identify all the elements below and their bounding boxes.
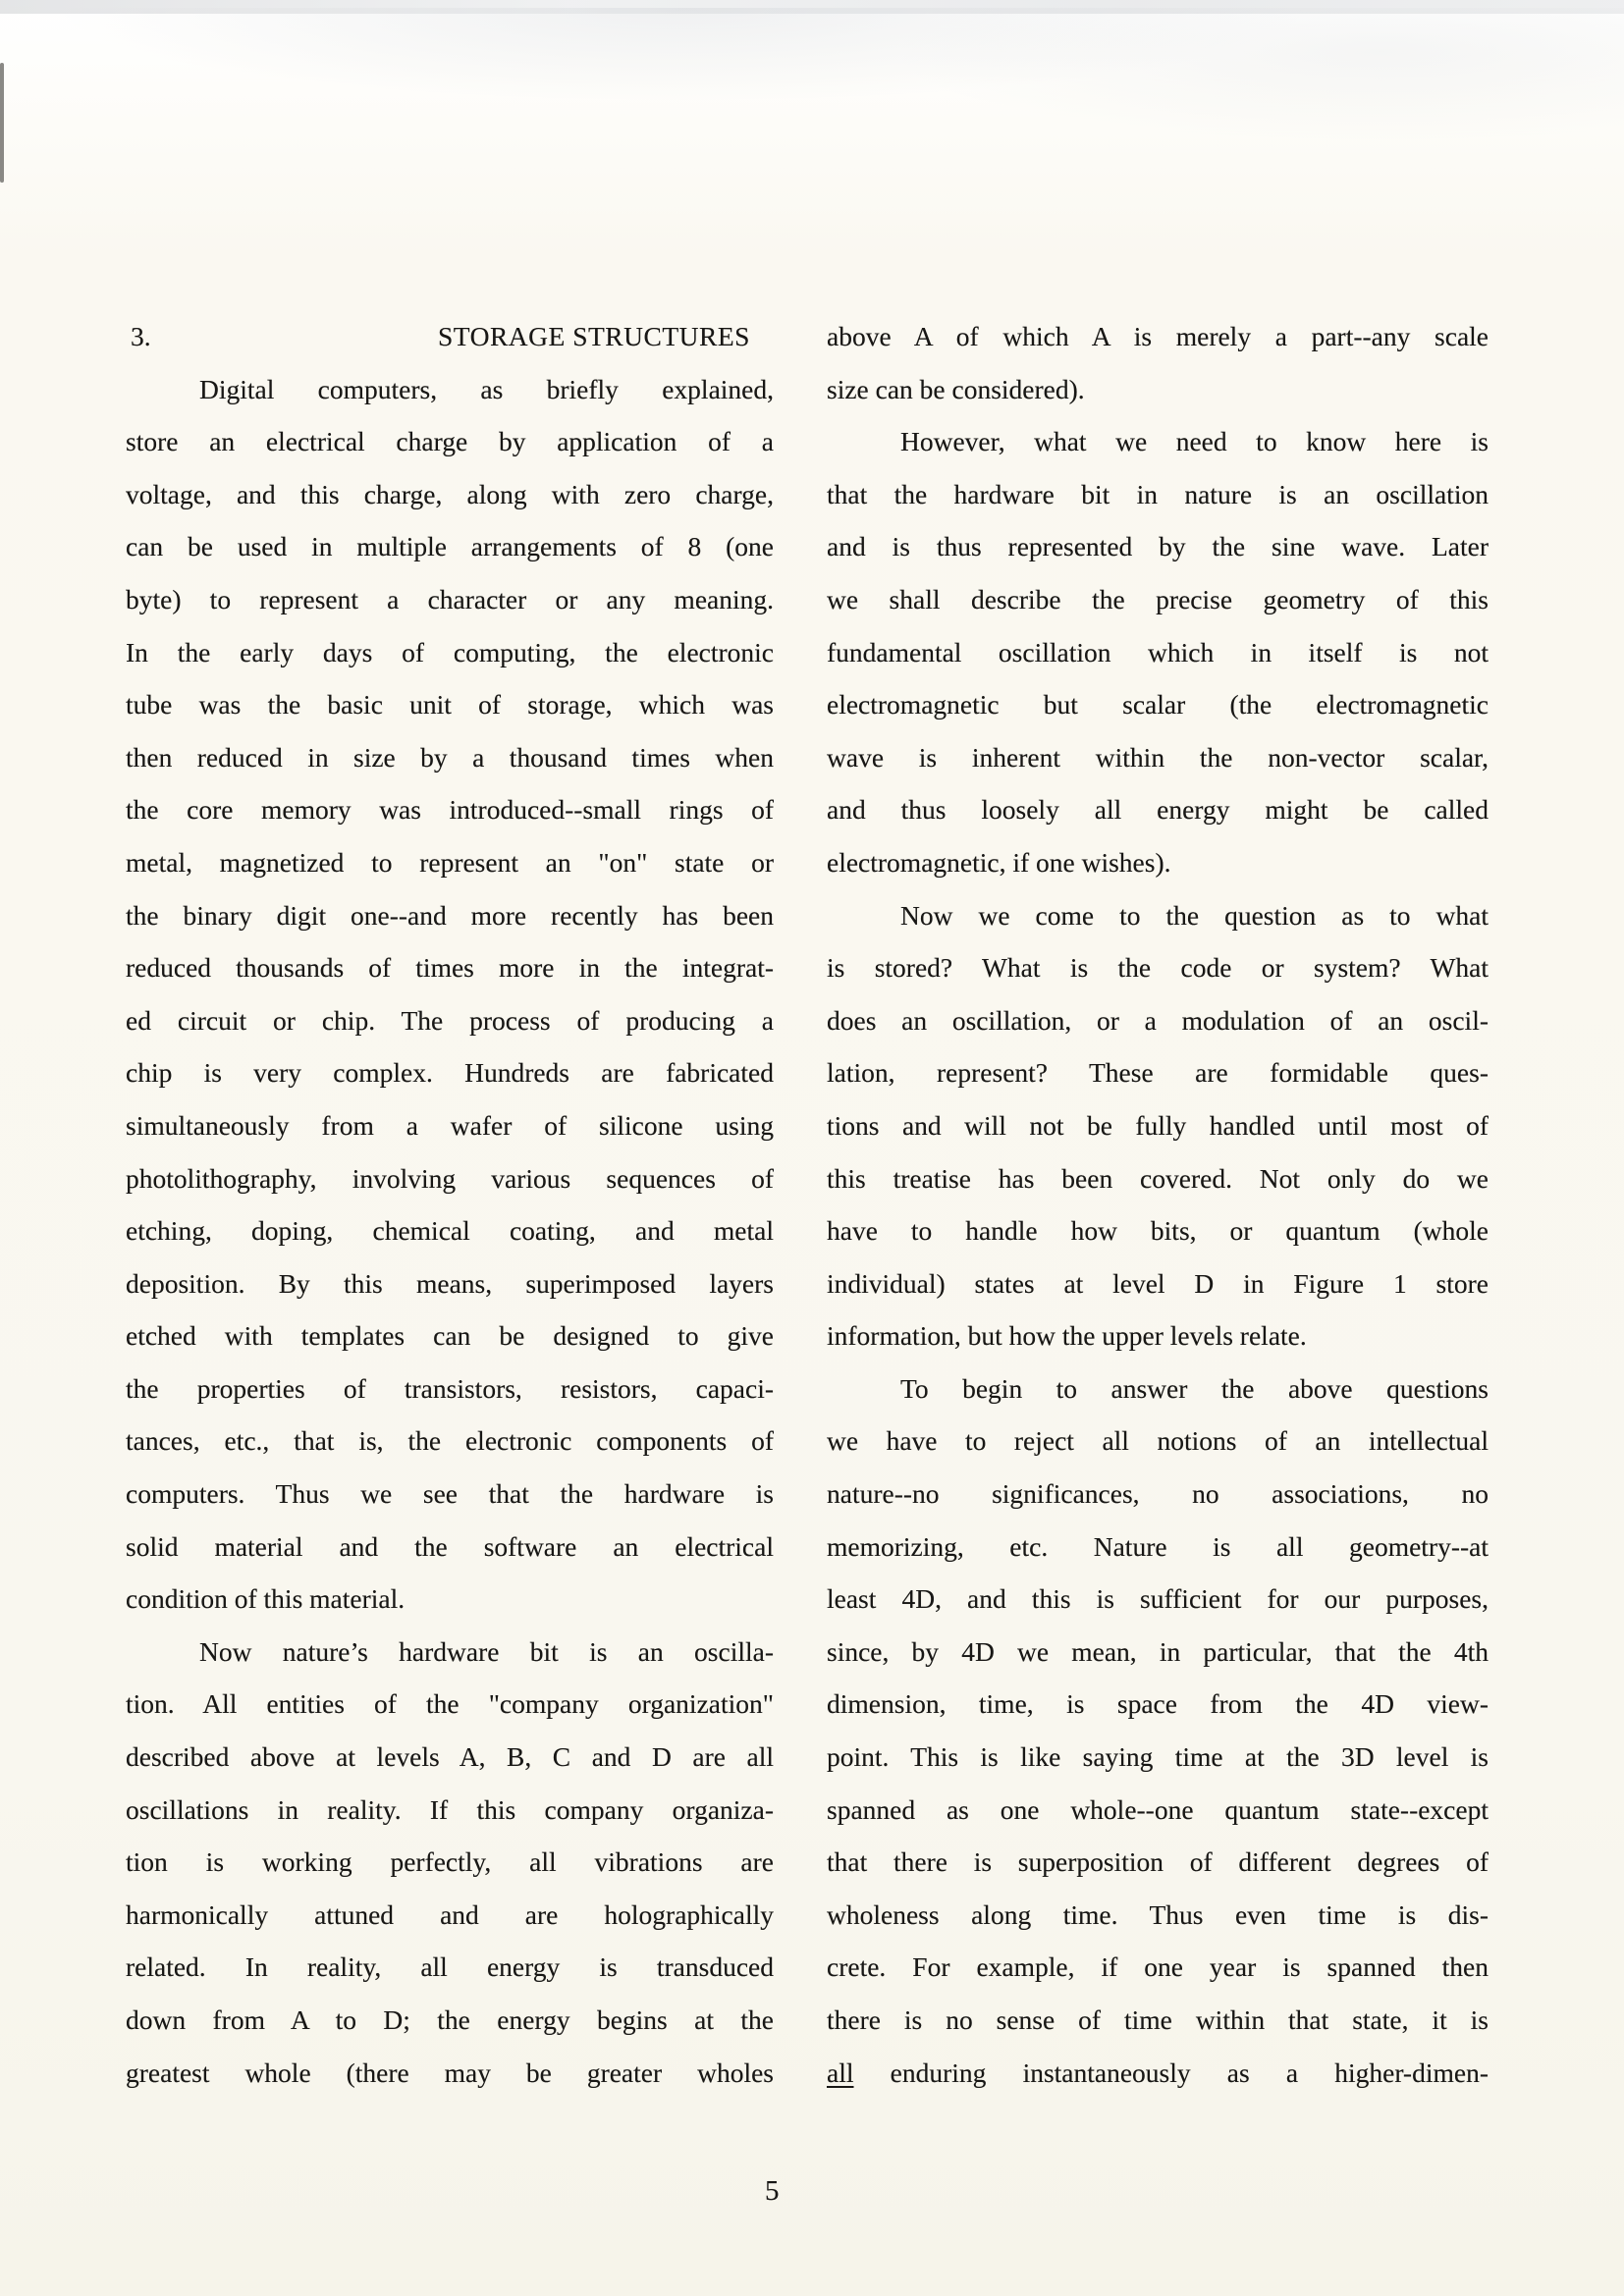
text-line: does an oscillation, or a modulation of … [827,994,1489,1047]
text-line: point. This is like saying time at the 3… [827,1731,1489,1784]
section-title: STORAGE STRUCTURES [438,310,750,363]
text-line: least 4D, and this is sufficient for our… [827,1573,1489,1626]
scanned-page: 3. STORAGE STRUCTURES Digital computers,… [0,0,1624,2296]
text-line: dimension, time, is space from the 4D vi… [827,1678,1489,1731]
text-line: lation, represent? These are formidable … [827,1046,1489,1099]
text-line: harmonically attuned and are holographic… [126,1889,774,1942]
text-line: fundamental oscillation which in itself … [827,626,1489,679]
text-line: information, but how the upper levels re… [827,1309,1489,1362]
text-line: ed circuit or chip. The process of produ… [126,994,774,1047]
text-line: wholeness along time. Thus even time is … [827,1889,1489,1942]
text-line: voltage, and this charge, along with zer… [126,468,774,521]
text-line: the properties of transistors, resistors… [126,1362,774,1415]
scan-edge-artifact [0,63,4,183]
text-line: However, what we need to know here is [827,415,1489,468]
text-line: down from A to D; the energy begins at t… [126,1994,774,2047]
text-line: above A of which A is merely a part--any… [827,310,1489,363]
text-line: the core memory was introduced--small ri… [126,783,774,836]
text-line: byte) to represent a character or any me… [126,573,774,626]
text-line: store an electrical charge by applicatio… [126,415,774,468]
text-line: wave is inherent within the non-vector s… [827,731,1489,784]
text-line: memorizing, etc. Nature is all geometry-… [827,1521,1489,1574]
text-line: oscillations in reality. If this company… [126,1784,774,1837]
text-line: then reduced in size by a thousand times… [126,731,774,784]
text-columns: 3. STORAGE STRUCTURES Digital computers,… [126,310,1489,2099]
text-line: greatest whole (there may be greater who… [126,2047,774,2100]
text-line: solid material and the software an elect… [126,1521,774,1574]
underlined-word: all [827,2057,854,2088]
text-line: there is no sense of time within that st… [827,1994,1489,2047]
scan-shadow-wave [0,8,1624,155]
text-line: simultaneously from a wafer of silicone … [126,1099,774,1152]
text-line: is stored? What is the code or system? W… [827,941,1489,994]
text-line: individual) states at level D in Figure … [827,1257,1489,1310]
text-line: that there is superposition of different… [827,1836,1489,1889]
text-line: that the hardware bit in nature is an os… [827,468,1489,521]
text-line: we shall describe the precise geometry o… [827,573,1489,626]
right-column: above A of which A is merely a part--any… [827,310,1489,2099]
text-line: have to handle how bits, or quantum (who… [827,1204,1489,1257]
section-heading: 3. STORAGE STRUCTURES [126,310,774,363]
text-line: tions and will not be fully handled unti… [827,1099,1489,1152]
text-line: Now nature’s hardware bit is an oscilla- [126,1626,774,1679]
text-line: and is thus represented by the sine wave… [827,520,1489,573]
left-column: 3. STORAGE STRUCTURES Digital computers,… [126,310,774,2099]
text-line: tances, etc., that is, the electronic co… [126,1415,774,1468]
text-line: nature--no significances, no association… [827,1468,1489,1521]
text-line: metal, magnetized to represent an "on" s… [126,836,774,889]
text-line: tube was the basic unit of storage, whic… [126,678,774,731]
text-line: condition of this material. [126,1573,774,1626]
section-number: 3. [131,310,151,363]
text-line: etching, doping, chemical coating, and m… [126,1204,774,1257]
text-line: and thus loosely all energy might be cal… [827,783,1489,836]
text-line: tion is working perfectly, all vibration… [126,1836,774,1889]
text-line: electromagnetic, if one wishes). [827,836,1489,889]
text-line: reduced thousands of times more in the i… [126,941,774,994]
text-line: Digital computers, as briefly explained, [126,363,774,416]
text-line: chip is very complex. Hundreds are fabri… [126,1046,774,1099]
text-line: size can be considered). [827,363,1489,416]
text-line: since, by 4D we mean, in particular, tha… [827,1626,1489,1679]
text-line: described above at levels A, B, C and D … [126,1731,774,1784]
text-line: photolithography, involving various sequ… [126,1152,774,1205]
text-line: related. In reality, all energy is trans… [126,1941,774,1994]
text-line: this treatise has been covered. Not only… [827,1152,1489,1205]
text-line: Now we come to the question as to what [827,889,1489,942]
text-line: electromagnetic but scalar (the electrom… [827,678,1489,731]
text-line: deposition. By this means, superimposed … [126,1257,774,1310]
text-line: crete. For example, if one year is spann… [827,1941,1489,1994]
page-number: 5 [765,2165,780,2218]
text-line: all enduring instantaneously as a higher… [827,2047,1489,2100]
text-line: tion. All entities of the "company organ… [126,1678,774,1731]
text-line: etched with templates can be designed to… [126,1309,774,1362]
text-line: computers. Thus we see that the hardware… [126,1468,774,1521]
text-line: the binary digit one--and more recently … [126,889,774,942]
text-line: we have to reject all notions of an inte… [827,1415,1489,1468]
text-line: can be used in multiple arrangements of … [126,520,774,573]
text-line: To begin to answer the above questions [827,1362,1489,1415]
text-line: spanned as one whole--one quantum state-… [827,1784,1489,1837]
text-line: In the early days of computing, the elec… [126,626,774,679]
